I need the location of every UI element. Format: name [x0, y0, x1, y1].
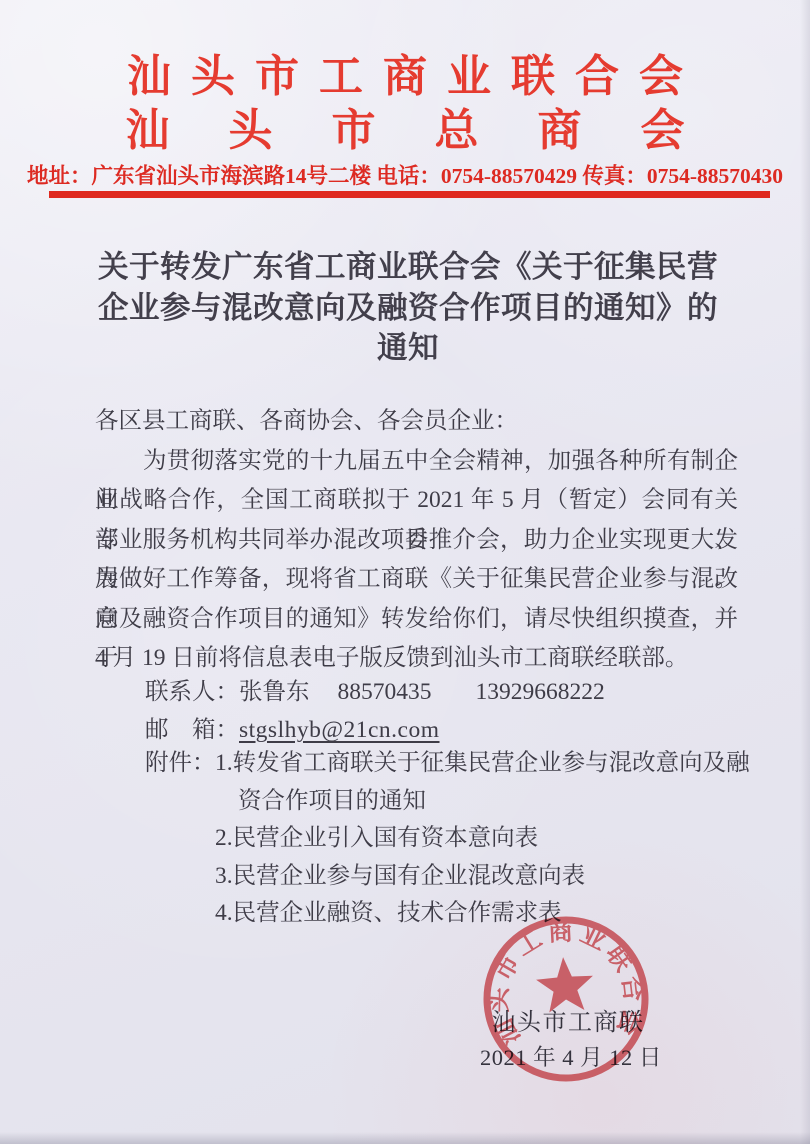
title-line-3: 通知	[0, 328, 810, 369]
seal-stamp: 汕头市工商业联合会	[474, 907, 658, 1091]
contact-line: 联系人：张鲁东8857043513929668222	[145, 674, 605, 711]
email-address: stgslhyb@21cn.com	[239, 717, 440, 743]
contact-name: 张鲁东	[239, 679, 310, 705]
email-label: 邮 箱：	[145, 717, 239, 743]
letterhead-rule	[49, 191, 770, 198]
title-line-1: 关于转发广东省工商业联合会《关于征集民营	[0, 247, 810, 288]
attachments-block: 附件： 1.转发省工商联关于征集民营企业参与混改意向及融 资合作项目的通知 2.…	[145, 745, 750, 933]
body-line: 为做好工作筹备，现将省工商联《关于征集民营企业参与混改意	[95, 560, 738, 600]
contact-phone-2: 13929668222	[476, 679, 605, 705]
attachment-line: 3.民营企业参与国有企业混改意向表	[215, 858, 750, 896]
body-line: 4 月 19 日前将信息表电子版反馈到汕头市工商联经联部。	[95, 639, 738, 679]
body-line: 间战略合作，全国工商联拟于 2021 年 5 月（暂定）会同有关部委、	[95, 481, 738, 521]
attachment-line: 2.民营企业引入国有资本意向表	[215, 820, 750, 858]
contact-block: 联系人：张鲁东8857043513929668222 邮 箱：stgslhyb@…	[145, 674, 605, 749]
body-line: 向及融资合作项目的通知》转发给你们，请尽快组织摸查，并于	[95, 600, 738, 640]
letterhead-address: 地址：广东省汕头市海滨路14号二楼 电话：0754-88570429 传真：07…	[0, 159, 810, 190]
contact-label: 联系人：	[145, 679, 239, 705]
contact-phone-1: 88570435	[338, 679, 432, 705]
attachment-line: 资合作项目的通知	[215, 783, 750, 821]
document-title: 关于转发广东省工商业联合会《关于征集民营 企业参与混改意向及融资合作项目的通知》…	[0, 247, 810, 369]
salutation-line: 各区县工商联、各商协会、各会员企业：	[95, 402, 738, 442]
body-paragraph: 各区县工商联、各商协会、各会员企业： 为贯彻落实党的十九届五中全会精神，加强各种…	[95, 402, 738, 679]
letterhead-org-line1: 汕头市工商业联合会	[0, 52, 810, 103]
scanned-notice-page: 汕头市工商业联合会 汕头市总商会 地址：广东省汕头市海滨路14号二楼 电话：07…	[0, 0, 810, 1144]
body-line: 为贯彻落实党的十九届五中全会精神，加强各种所有制企业	[95, 442, 738, 482]
email-line: 邮 箱：stgslhyb@21cn.com	[145, 712, 605, 749]
body-line: 专业服务机构共同举办混改项目推介会，助力企业实现更大发展。	[95, 521, 738, 561]
letterhead-org-line2: 汕头市总商会	[0, 106, 810, 157]
attachments-list: 1.转发省工商联关于征集民营企业参与混改意向及融 资合作项目的通知 2.民营企业…	[215, 745, 750, 933]
attachments-label: 附件：	[145, 745, 216, 783]
attachment-line: 1.转发省工商联关于征集民营企业参与混改意向及融	[215, 745, 750, 783]
title-line-2: 企业参与混改意向及融资合作项目的通知》的	[0, 288, 810, 329]
star-icon	[535, 955, 596, 1013]
